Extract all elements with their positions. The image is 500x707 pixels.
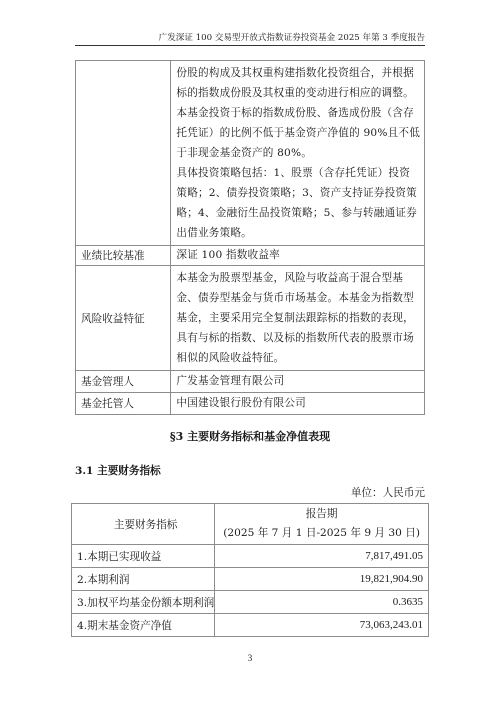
text-line: 相似的风险收益特征。 (176, 348, 420, 368)
text-line: 份股的构成及其权重构建指数化投资组合，并根据 (176, 63, 420, 83)
text-line: 金、债券型基金与货币市场基金。本基金为指数型 (176, 288, 420, 308)
section-title: §3 主要财务指标和基金净值表现 (0, 429, 500, 445)
text-line: 托凭证）的比例不低于基金资产净值的 90%且不低 (176, 123, 420, 143)
risk-return-label: 风险收益特征 (76, 266, 171, 371)
indicator-value: 0.3635 (215, 591, 429, 614)
indicator-label: 4.期末基金资产净值 (72, 614, 215, 637)
text-line: 标的指数成份股及其权重的变动进行相应的调整。 (176, 83, 420, 103)
table-row: 风险收益特征 本基金为股票型基金，风险与收益高于混合型基 金、债券型基金与货币市… (76, 266, 425, 371)
text-line: 本基金为股票型基金，风险与收益高于混合型基 (176, 268, 420, 288)
text-line: 基金，主要采用完全复制法跟踪标的指数的表现， (176, 308, 420, 328)
indicator-label: 3.加权平均基金份额本期利润 (72, 591, 215, 614)
risk-return-value: 本基金为股票型基金，风险与收益高于混合型基 金、债券型基金与货币市场基金。本基金… (171, 266, 425, 371)
currency-unit-label: 单位：人民币元 (300, 485, 425, 501)
column-header-indicator: 主要财务指标 (72, 504, 215, 545)
table-header-row: 主要财务指标 报告期 (2025 年 7 月 1 日-2025 年 9 月 30… (72, 504, 429, 545)
subsection-title: 3.1 主要财务指标 (75, 463, 161, 479)
text-line: 具有与标的指数、以及标的指数所代表的股票市场 (176, 328, 420, 348)
header-divider (75, 45, 425, 46)
text-line: 策略；2、债券投资策略；3、资产支持证券投资策 (176, 183, 420, 203)
table-row: 3.加权平均基金份额本期利润 0.3635 (72, 591, 429, 614)
page-number: 3 (0, 653, 500, 663)
fund-manager-value: 广发基金管理有限公司 (171, 371, 425, 393)
text-line: 广发基金管理有限公司 (176, 373, 420, 390)
table-row: 1.本期已实现收益 7,817,491.05 (72, 545, 429, 568)
period-label: 报告期 (215, 505, 428, 524)
indicator-label: 1.本期已实现收益 (72, 545, 215, 568)
financial-indicators-table: 主要财务指标 报告期 (2025 年 7 月 1 日-2025 年 9 月 30… (71, 503, 429, 637)
table-row: 基金托管人 中国建设银行股份有限公司 (76, 393, 425, 415)
indicator-value: 7,817,491.05 (215, 545, 429, 568)
indicator-label: 2.本期利润 (72, 568, 215, 591)
custodian-label: 基金托管人 (76, 393, 171, 415)
table-row: 基金管理人 广发基金管理有限公司 (76, 371, 425, 393)
table-row: 份股的构成及其权重构建指数化投资组合，并根据 标的指数成份股及其权重的变动进行相… (76, 61, 425, 246)
column-header-period: 报告期 (2025 年 7 月 1 日-2025 年 9 月 30 日) (215, 504, 429, 545)
table-row: 2.本期利润 19,821,904.90 (72, 568, 429, 591)
text-line: 略；4、金融衍生品投资策略；5、参与转融通证券 (176, 203, 420, 223)
benchmark-value: 深证 100 指数收益率 (171, 246, 425, 266)
text-line: 于非现金基金资产的 80%。 (176, 143, 420, 163)
fund-manager-label: 基金管理人 (76, 371, 171, 393)
indicator-value: 73,063,243.01 (215, 614, 429, 637)
text-line: 具体投资策略包括：1、股票（含存托凭证）投资 (176, 163, 420, 183)
investment-strategy-cell: 份股的构成及其权重构建指数化投资组合，并根据 标的指数成份股及其权重的变动进行相… (171, 61, 425, 246)
page-header-title: 广发深证 100 交易型开放式指数证券投资基金 2025 年第 3 季度报告 (75, 33, 425, 44)
table-row: 4.期末基金资产净值 73,063,243.01 (72, 614, 429, 637)
benchmark-label: 业绩比较基准 (76, 246, 171, 266)
text-line: 出借业务策略。 (176, 223, 420, 243)
indicator-value: 19,821,904.90 (215, 568, 429, 591)
text-line: 本基金投资于标的指数成份股、备选成份股（含存 (176, 103, 420, 123)
row-label (76, 61, 171, 246)
fund-profile-table: 份股的构成及其权重构建指数化投资组合，并根据 标的指数成份股及其权重的变动进行相… (75, 60, 425, 415)
text-line: 深证 100 指数收益率 (176, 248, 420, 263)
custodian-value: 中国建设银行股份有限公司 (171, 393, 425, 415)
text-line: 中国建设银行股份有限公司 (176, 395, 420, 412)
period-range: (2025 年 7 月 1 日-2025 年 9 月 30 日) (215, 524, 428, 543)
table-row: 业绩比较基准 深证 100 指数收益率 (76, 246, 425, 266)
